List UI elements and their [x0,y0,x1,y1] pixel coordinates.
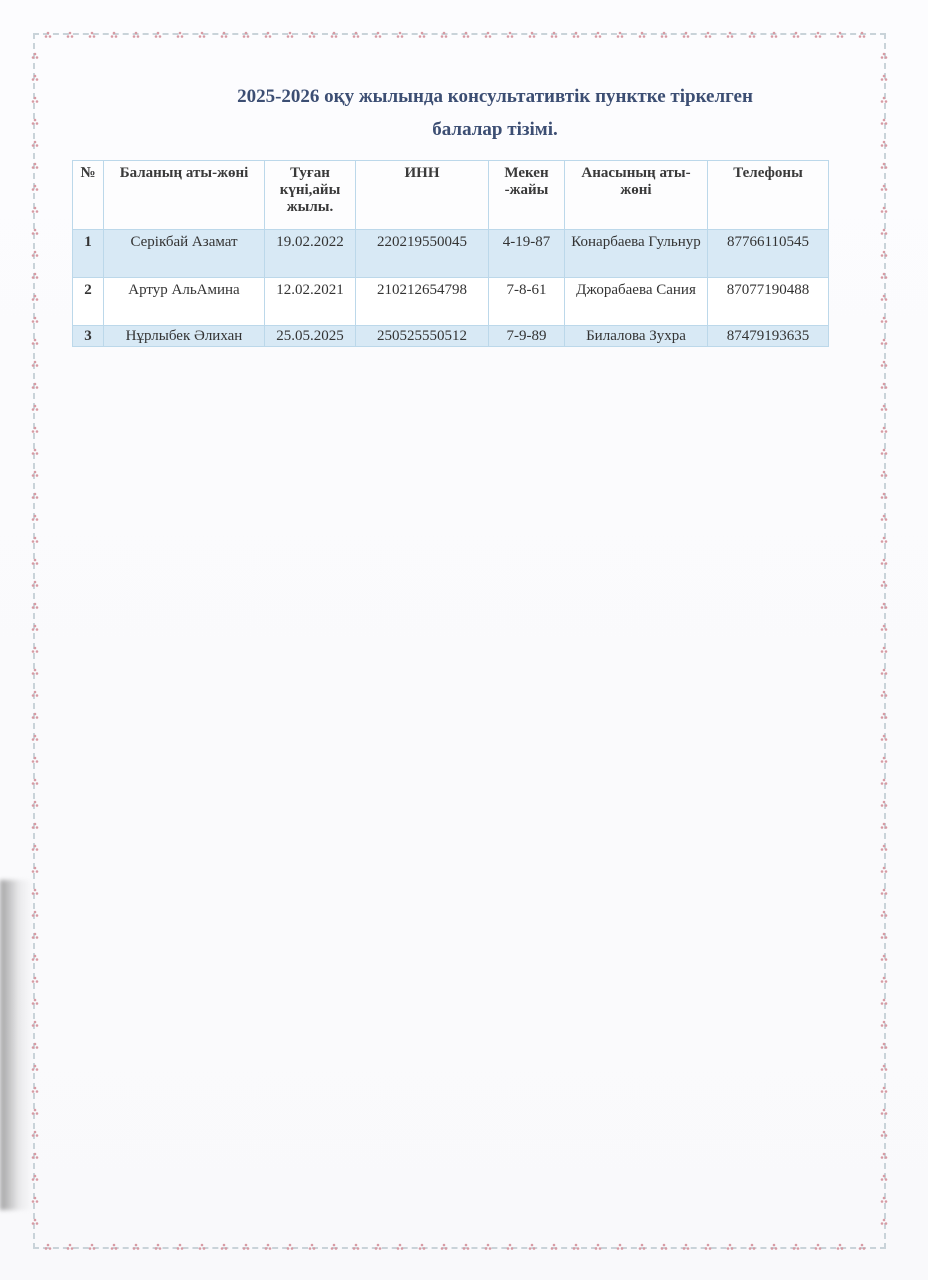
scan-smudge [0,880,32,1210]
table-row: 3 Нұрлыбек Әлихан 25.05.2025 25052555051… [73,326,829,347]
cell-address: 4-19-87 [489,230,565,278]
header-inn: ИНН [356,161,489,230]
cell-number: 1 [73,230,104,278]
cell-phone: 87077190488 [708,278,829,326]
header-address: Мекен -жайы [489,161,565,230]
cell-birth-date: 19.02.2022 [265,230,356,278]
document-title: 2025-2026 оқу жылында консультативтік пу… [0,86,928,108]
header-mother-name: Анасының аты-жөні [565,161,708,230]
cell-child-name: Нұрлыбек Әлихан [104,326,265,347]
cell-number: 2 [73,278,104,326]
cell-inn: 220219550045 [356,230,489,278]
cell-mother-name: Билалова Зухра [565,326,708,347]
cell-child-name: Серікбай Азамат [104,230,265,278]
cell-mother-name: Конарбаева Гульнур [565,230,708,278]
cell-inn: 250525550512 [356,326,489,347]
header-number: № [73,161,104,230]
children-list-table: № Баланың аты-жөні Туған күні,айы жылы. … [72,160,829,347]
cell-phone: 87479193635 [708,326,829,347]
cell-inn: 210212654798 [356,278,489,326]
table-row: 1 Серікбай Азамат 19.02.2022 22021955004… [73,230,829,278]
cell-number: 3 [73,326,104,347]
header-phone: Телефоны [708,161,829,230]
header-child-name: Баланың аты-жөні [104,161,265,230]
header-birth-date: Туған күні,айы жылы. [265,161,356,230]
cell-address: 7-8-61 [489,278,565,326]
cell-phone: 87766110545 [708,230,829,278]
cell-birth-date: 25.05.2025 [265,326,356,347]
document-page: 2025-2026 оқу жылында консультативтік пу… [0,0,928,1280]
cell-child-name: Артур АльАмина [104,278,265,326]
table-row: 2 Артур АльАмина 12.02.2021 210212654798… [73,278,829,326]
document-subtitle: балалар тізімі. [0,119,928,141]
cell-address: 7-9-89 [489,326,565,347]
cell-birth-date: 12.02.2021 [265,278,356,326]
table-header-row: № Баланың аты-жөні Туған күні,айы жылы. … [73,161,829,230]
cell-mother-name: Джорабаева Сания [565,278,708,326]
